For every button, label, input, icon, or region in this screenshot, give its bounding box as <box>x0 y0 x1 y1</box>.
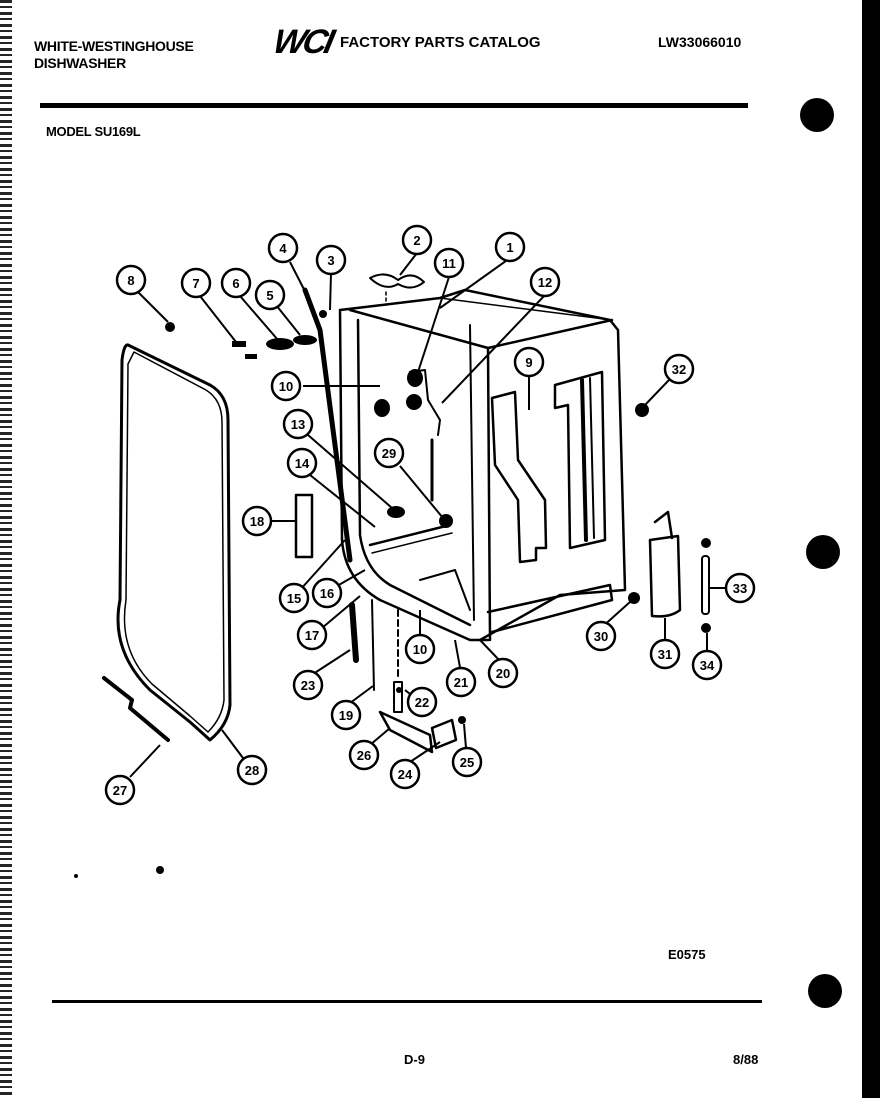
gasket-strip <box>104 678 168 740</box>
svg-text:11: 11 <box>442 256 456 271</box>
callout-21: 21 <box>447 668 475 696</box>
callout-18: 18 <box>243 507 271 535</box>
callout-12: 12 <box>531 268 559 296</box>
part-7-screw <box>232 341 246 347</box>
page-number: D-9 <box>404 1052 425 1067</box>
svg-text:1: 1 <box>506 240 513 255</box>
svg-text:30: 30 <box>594 629 608 644</box>
part-32 <box>635 403 649 417</box>
svg-text:13: 13 <box>291 417 305 432</box>
part-22 <box>394 682 402 712</box>
callout-14: 14 <box>288 449 316 477</box>
revision-date: 8/88 <box>733 1052 758 1067</box>
callout-10: 10 <box>272 372 300 400</box>
part-34 <box>701 623 711 633</box>
callout-28: 28 <box>238 756 266 784</box>
svg-text:16: 16 <box>320 586 334 601</box>
svg-text:24: 24 <box>398 767 413 782</box>
callout-19: 19 <box>332 701 360 729</box>
svg-text:20: 20 <box>496 666 510 681</box>
vent-part-2 <box>370 274 424 287</box>
callout-22: 22 <box>408 688 436 716</box>
svg-text:10: 10 <box>413 642 427 657</box>
callout-9: 9 <box>515 348 543 376</box>
callout-33: 33 <box>726 574 754 602</box>
svg-text:34: 34 <box>700 658 715 673</box>
callout-16: 16 <box>313 579 341 607</box>
svg-text:26: 26 <box>357 748 371 763</box>
callout-10: 10 <box>406 635 434 663</box>
callout-3: 3 <box>317 246 345 274</box>
svg-text:14: 14 <box>295 456 310 471</box>
svg-text:5: 5 <box>266 288 273 303</box>
part-26 <box>380 712 432 752</box>
part-25 <box>458 716 466 724</box>
svg-text:3: 3 <box>327 253 334 268</box>
part-33-top-clip <box>701 538 711 548</box>
callout-labels: 1234567891010111213141516171819202122232… <box>106 226 754 804</box>
svg-text:19: 19 <box>339 708 353 723</box>
part-23 <box>352 605 356 660</box>
svg-text:2: 2 <box>413 233 420 248</box>
svg-text:31: 31 <box>658 647 672 662</box>
svg-text:23: 23 <box>301 678 315 693</box>
svg-text:4: 4 <box>279 241 287 256</box>
callout-17: 17 <box>298 621 326 649</box>
svg-text:33: 33 <box>733 581 747 596</box>
part-8 <box>165 322 175 332</box>
part-10-upper <box>374 399 390 417</box>
part-11 <box>407 369 423 387</box>
callout-6: 6 <box>222 269 250 297</box>
svg-text:32: 32 <box>672 362 686 377</box>
callout-5: 5 <box>256 281 284 309</box>
svg-text:7: 7 <box>192 276 199 291</box>
footer-rule <box>52 1000 762 1003</box>
drawing-code: E0575 <box>668 947 706 962</box>
callout-2: 2 <box>403 226 431 254</box>
callout-31: 31 <box>651 640 679 668</box>
callout-4: 4 <box>269 234 297 262</box>
svg-text:27: 27 <box>113 783 127 798</box>
callout-24: 24 <box>391 760 419 788</box>
part-5 <box>293 335 317 345</box>
tub-side-channels <box>492 372 605 562</box>
callout-30: 30 <box>587 622 615 650</box>
part-6 <box>266 338 294 350</box>
svg-text:9: 9 <box>525 355 532 370</box>
svg-text:18: 18 <box>250 514 264 529</box>
callout-34: 34 <box>693 651 721 679</box>
part-13 <box>387 506 405 518</box>
callout-1: 1 <box>496 233 524 261</box>
callout-27: 27 <box>106 776 134 804</box>
svg-text:12: 12 <box>538 275 552 290</box>
callout-29: 29 <box>375 439 403 467</box>
exploded-parts-diagram: 1234567891010111213141516171819202122232… <box>0 0 880 1098</box>
callout-25: 25 <box>453 748 481 776</box>
callout-7: 7 <box>182 269 210 297</box>
callout-8: 8 <box>117 266 145 294</box>
svg-text:6: 6 <box>232 276 239 291</box>
callout-20: 20 <box>489 659 517 687</box>
svg-text:25: 25 <box>460 755 474 770</box>
svg-text:22: 22 <box>415 695 429 710</box>
svg-text:29: 29 <box>382 446 396 461</box>
part-31 <box>650 512 680 616</box>
callout-26: 26 <box>350 741 378 769</box>
door-gasket <box>118 345 230 740</box>
part-19 <box>372 600 374 690</box>
svg-text:8: 8 <box>127 273 134 288</box>
svg-text:15: 15 <box>287 591 301 606</box>
svg-text:28: 28 <box>245 763 259 778</box>
svg-text:21: 21 <box>454 675 468 690</box>
part-18 <box>296 495 312 557</box>
part-3 <box>319 310 327 318</box>
svg-text:10: 10 <box>279 379 293 394</box>
callout-13: 13 <box>284 410 312 438</box>
callout-15: 15 <box>280 584 308 612</box>
callout-23: 23 <box>294 671 322 699</box>
svg-text:17: 17 <box>305 628 319 643</box>
part-33 <box>702 556 709 614</box>
callout-11: 11 <box>435 249 463 277</box>
callout-32: 32 <box>665 355 693 383</box>
